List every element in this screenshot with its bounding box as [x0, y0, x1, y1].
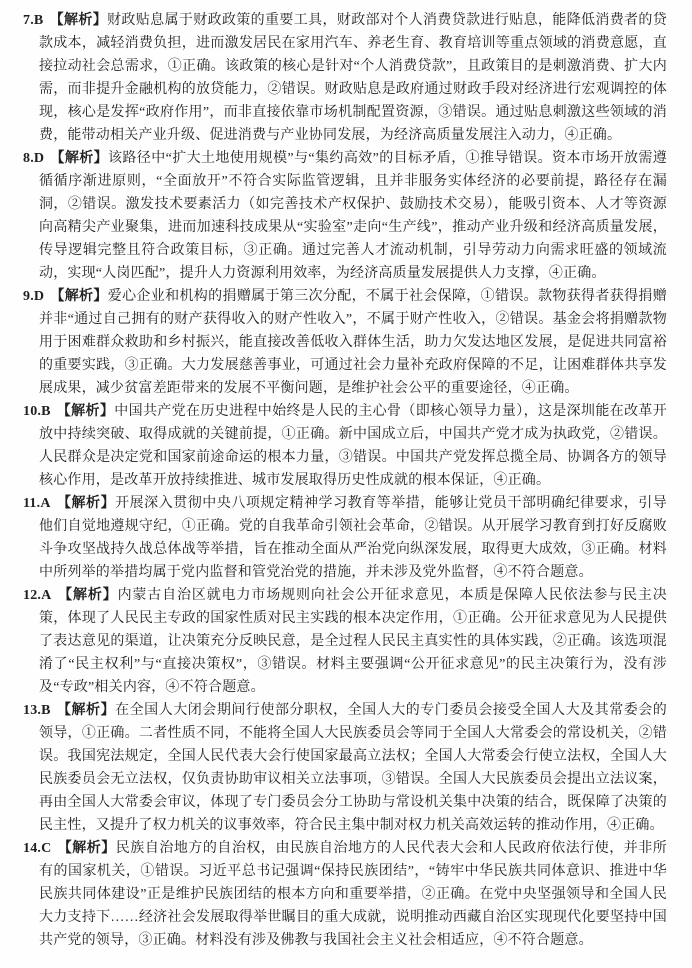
analysis-label: 【解析】: [57, 841, 115, 856]
answer-item-10: 10.B【解析】中国共产党在历史进程中始终是人民的主心骨（即核心领导力量），这是…: [23, 400, 667, 492]
analysis-text: 开展深入贯彻中央八项规定精神学习教育等举措，能够让党员干部明确纪律要求，引导他们…: [39, 496, 667, 580]
question-number: 14.C: [23, 841, 51, 856]
question-number: 11.A: [23, 496, 51, 511]
analysis-text: 该路径中“扩大土地使用规模”与“集约高效”的目标矛盾，①推导错误。资本市场开放需…: [39, 151, 667, 281]
answer-item-9: 9.D【解析】爱心企业和机构的捐赠属于第三次分配，不属于社会保障，①错误。款物获…: [23, 285, 667, 400]
answer-item-13: 13.B【解析】在全国人大闭会期间行使部分职权，全国人大的专门委员会接受全国人大…: [23, 699, 667, 837]
analysis-text: 在全国人大闭会期间行使部分职权，全国人大的专门委员会接受全国人大及其常委会的领导…: [39, 703, 667, 833]
analysis-label: 【解析】: [57, 588, 117, 603]
analysis-label: 【解析】: [57, 496, 115, 511]
answer-key-page: 7.B【解析】财政贴息属于财政政策的重要工具，财政部对个人消费贷款进行贴息，能降…: [0, 0, 692, 968]
question-number: 9.D: [23, 289, 44, 304]
analysis-text: 民族自治地方的自治权，由民族自治地方的人民代表大会和人民政府依法行使，并非所有的…: [39, 841, 667, 948]
question-number: 12.A: [23, 588, 51, 603]
answer-item-8: 8.D【解析】该路径中“扩大土地使用规模”与“集约高效”的目标矛盾，①推导错误。…: [23, 147, 667, 285]
question-number: 10.B: [23, 404, 51, 419]
analysis-text: 中国共产党在历史进程中始终是人民的主心骨（即核心领导力量），这是深圳能在改革开放…: [39, 404, 667, 488]
analysis-label: 【解析】: [49, 13, 107, 28]
answer-item-11: 11.A【解析】开展深入贯彻中央八项规定精神学习教育等举措，能够让党员干部明确纪…: [23, 492, 667, 584]
analysis-label: 【解析】: [57, 703, 115, 718]
analysis-label: 【解析】: [50, 151, 108, 166]
analysis-text: 爱心企业和机构的捐赠属于第三次分配，不属于社会保障，①错误。款物获得者获得捐赠并…: [39, 289, 667, 396]
answer-item-7: 7.B【解析】财政贴息属于财政政策的重要工具，财政部对个人消费贷款进行贴息，能降…: [23, 9, 667, 147]
analysis-label: 【解析】: [50, 289, 108, 304]
answer-item-12: 12.A【解析】内蒙古自治区就电力市场规则向社会公开征求意见，本质是保障人民依法…: [23, 584, 667, 699]
question-number: 13.B: [23, 703, 51, 718]
answer-item-14: 14.C【解析】民族自治地方的自治权，由民族自治地方的人民代表大会和人民政府依法…: [23, 837, 667, 952]
question-number: 7.B: [23, 13, 43, 28]
question-number: 8.D: [23, 151, 44, 166]
analysis-label: 【解析】: [57, 404, 115, 419]
analysis-text: 财政贴息属于财政政策的重要工具，财政部对个人消费贷款进行贴息，能降低消费者的贷款…: [39, 13, 667, 143]
analysis-text: 内蒙古自治区就电力市场规则向社会公开征求意见，本质是保障人民依法参与民主决策，体…: [39, 588, 667, 695]
